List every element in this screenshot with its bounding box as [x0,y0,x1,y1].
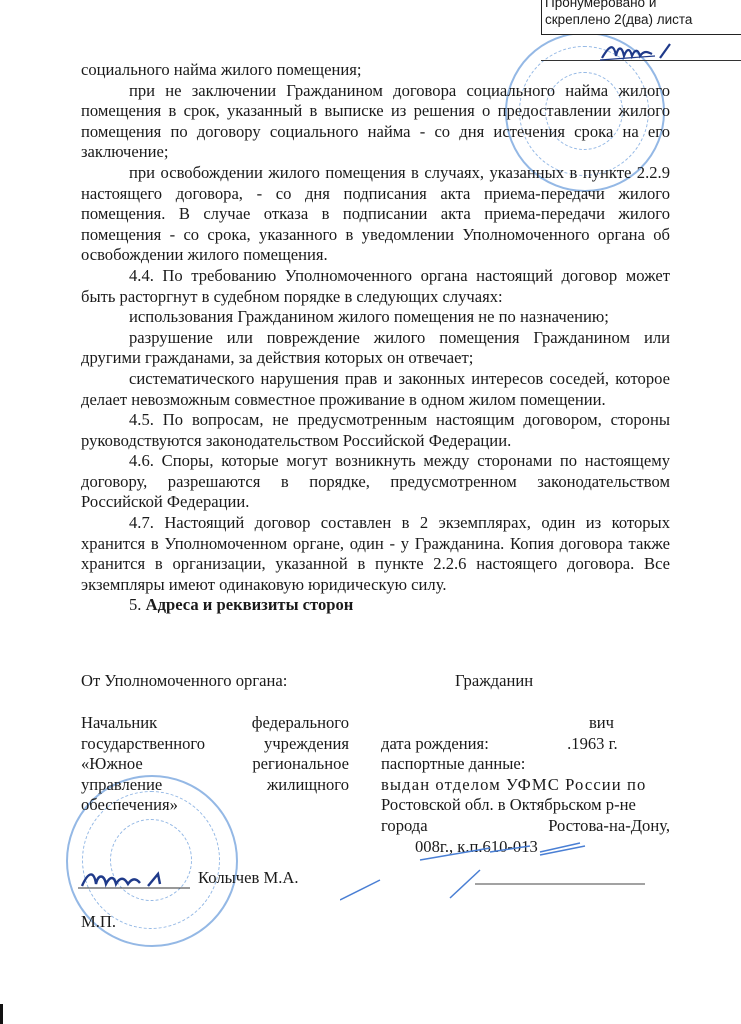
paragraph-misuse: использования Гражданином жилого помещен… [81,307,670,328]
document-page: Пронумеровано и скреплено 2(два) листа с… [0,0,741,1024]
seal-label: М.П. [81,912,116,933]
position-word: «Южное [81,754,143,775]
paragraph-release: при освобождении жилого помещения в случ… [81,163,670,266]
citizen-name-partial: вич [381,713,670,734]
issued-line-2: Ростовской обл. в Октябрьском р-не [381,795,670,816]
certification-line-2: скреплено 2(два) листа [545,11,741,28]
position-word: обеспечения» [81,795,178,814]
authority-header: От Уполномоченного органа: [81,671,287,692]
issued-text: выдан отделом УФМС России по [381,775,646,796]
paragraph-continuation: социального найма жилого помещения; [81,60,670,81]
citizen-details: вич дата рождения: .1963 г. паспортные д… [381,713,670,857]
section-title: Адреса и реквизиты сторон [146,595,354,614]
scan-edge-mark [0,1004,3,1024]
issued-city: Ростова-на-Дону, [548,816,670,837]
issued-line-3: города Ростова-на-Дону, [381,816,670,837]
certification-box: Пронумеровано и скреплено 2(два) листа [541,0,741,35]
paragraph-not-concluded: при не заключении Гражданином договора с… [81,81,670,163]
paragraph-4-6: 4.6. Споры, которые могут возникнуть меж… [81,451,670,513]
certification-line-1: Пронумеровано и [545,0,741,11]
paragraph-4-4: 4.4. По требованию Уполномоченного орган… [81,266,670,307]
position-word: федерального [252,713,349,734]
position-word: региональное [252,754,349,775]
authority-signatory-name: Колычев М.А. [198,868,298,889]
section-5-heading: 5. Адреса и реквизиты сторон [81,595,670,616]
passport-label: паспортные данные: [381,754,670,775]
citizen-header: Гражданин [455,671,533,692]
birth-date-row: дата рождения: .1963 г. [381,734,670,755]
authority-position: Начальникфедерального государственногоуч… [81,713,349,816]
issued-line-1: выдан отделом УФМС России по [381,775,670,796]
birth-year: .1963 г. [567,734,618,753]
paragraph-damage: разрушение или повреждение жилого помеще… [81,328,670,369]
position-word: управление [81,775,162,796]
signature-icon-authority [78,866,198,892]
position-word: Начальник [81,713,157,734]
section-number: 5. [129,595,141,614]
signature-icon-top [600,40,680,62]
paragraph-4-7: 4.7. Настоящий договор составлен в 2 экз… [81,513,670,595]
signature-icon-citizen [340,840,660,910]
birth-date-label: дата рождения: [381,734,489,753]
paragraph-4-5: 4.5. По вопросам, не предусмотренным нас… [81,410,670,451]
position-word: учреждения [264,734,349,755]
paragraph-violation: систематического нарушения прав и законн… [81,369,670,410]
issued-city-label: города [381,816,428,837]
position-word: жилищного [267,775,349,796]
position-word: государственного [81,734,205,755]
contract-body: социального найма жилого помещения; при … [81,60,670,616]
